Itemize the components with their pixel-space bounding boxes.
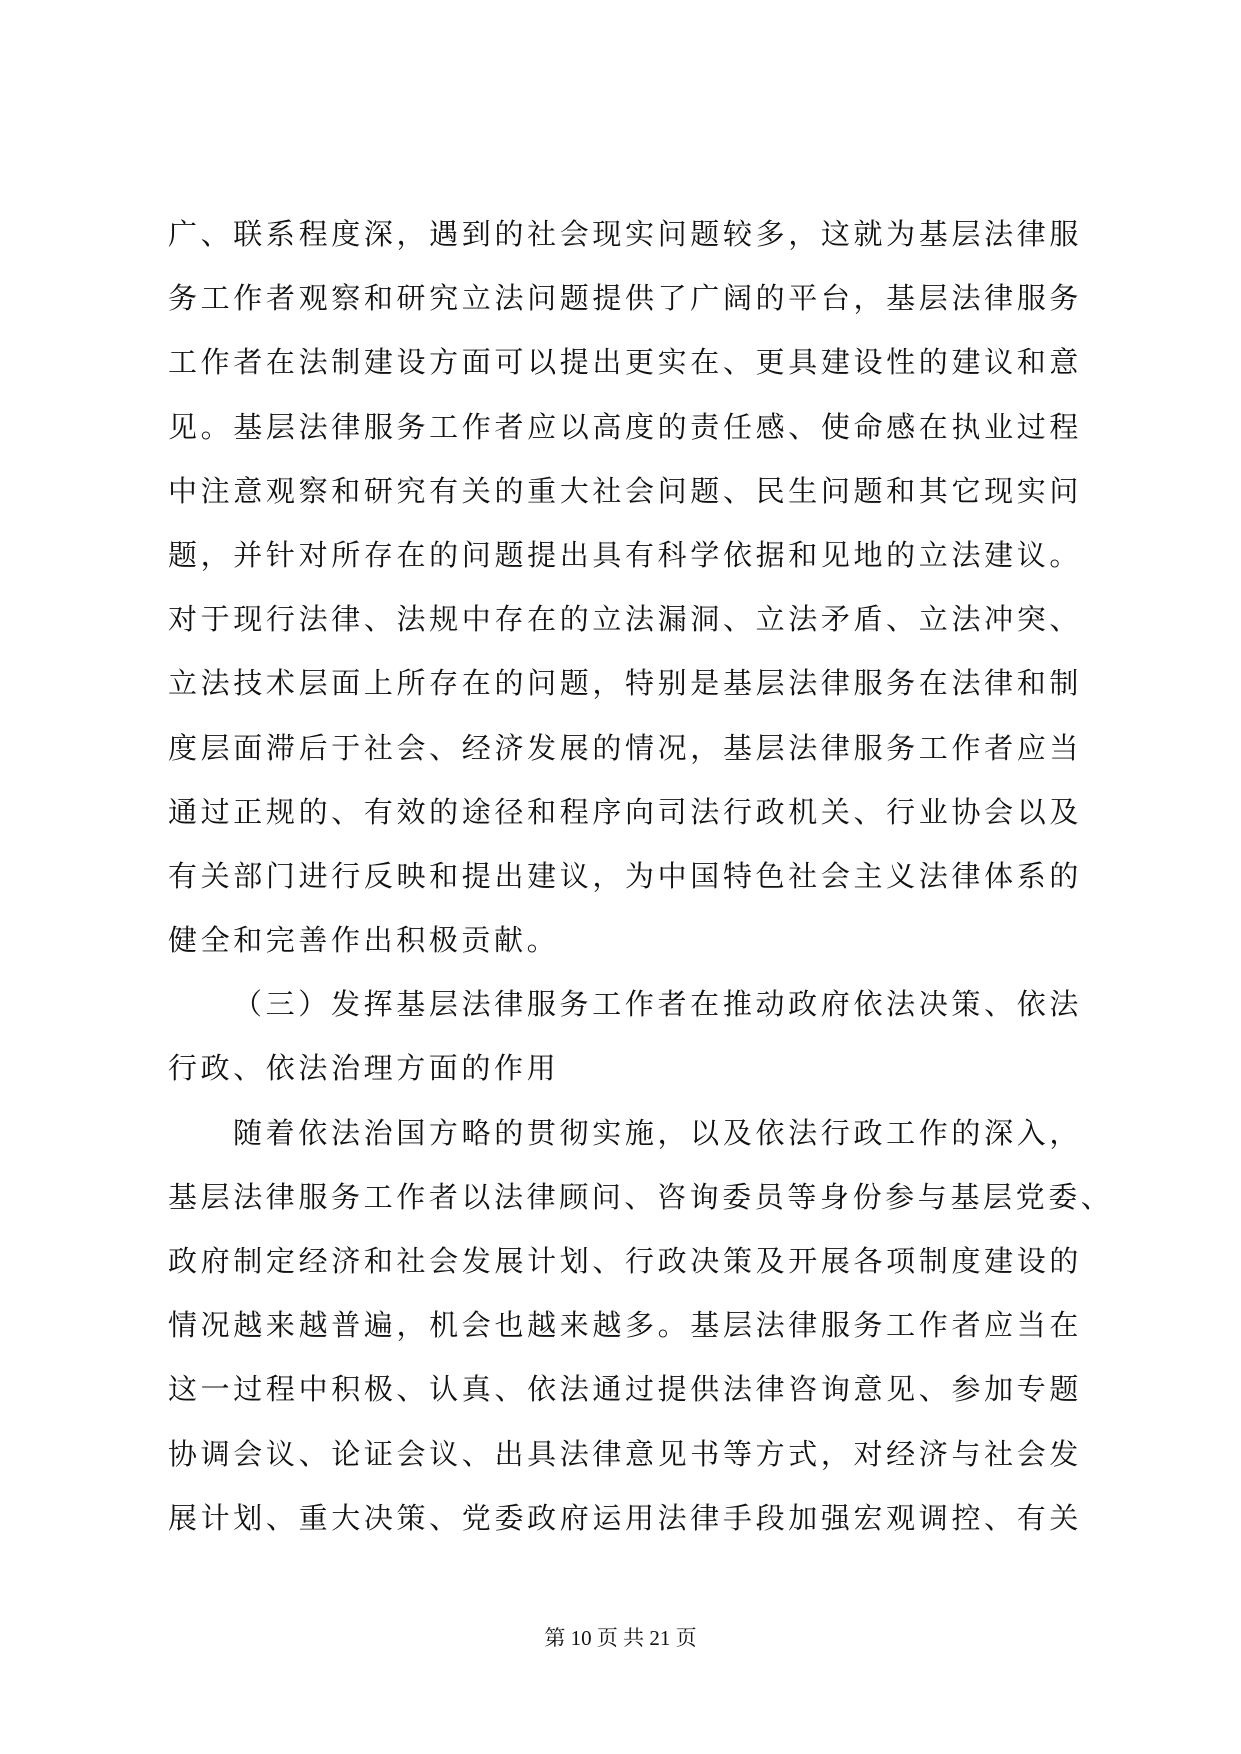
text-line: 题，并针对所存在的问题提出具有科学依据和见地的立法建议。: [168, 523, 1082, 587]
text-line: 随着依法治国方略的贯彻实施，以及依法行政工作的深入，: [168, 1101, 1082, 1165]
section-heading-line: 行政、依法治理方面的作用: [168, 1036, 1082, 1100]
text-line: 通过正规的、有效的途径和程序向司法行政机关、行业协会以及: [168, 780, 1082, 844]
text-line: 这一过程中积极、认真、依法通过提供法律咨询意见、参加专题: [168, 1357, 1082, 1421]
text-line: 展计划、重大决策、党委政府运用法律手段加强宏观调控、有关: [168, 1486, 1082, 1550]
page-number-footer: 第 10 页 共 21 页: [0, 1622, 1241, 1652]
text-line: 健全和完善作出积极贡献。: [168, 908, 1082, 972]
text-line: 对于现行法律、法规中存在的立法漏洞、立法矛盾、立法冲突、: [168, 587, 1082, 651]
text-line: 见。基层法律服务工作者应以高度的责任感、使命感在执业过程: [168, 395, 1082, 459]
text-line: 情况越来越普遍，机会也越来越多。基层法律服务工作者应当在: [168, 1293, 1082, 1357]
text-line: 协调会议、论证会议、出具法律意见书等方式，对经济与社会发: [168, 1422, 1082, 1486]
text-line: 中注意观察和研究有关的重大社会问题、民生问题和其它现实问: [168, 459, 1082, 523]
document-page: 广、联系程度深，遇到的社会现实问题较多，这就为基层法律服 务工作者观察和研究立法…: [0, 0, 1241, 1754]
text-line: 基层法律服务工作者以法律顾问、咨询委员等身份参与基层党委、: [168, 1165, 1082, 1229]
text-line: 工作者在法制建设方面可以提出更实在、更具建设性的建议和意: [168, 330, 1082, 394]
text-line: 有关部门进行反映和提出建议，为中国特色社会主义法律体系的: [168, 844, 1082, 908]
text-line: 政府制定经济和社会发展计划、行政决策及开展各项制度建设的: [168, 1229, 1082, 1293]
text-line: 务工作者观察和研究立法问题提供了广阔的平台，基层法律服务: [168, 266, 1082, 330]
text-line: 度层面滞后于社会、经济发展的情况，基层法律服务工作者应当: [168, 716, 1082, 780]
text-line: 广、联系程度深，遇到的社会现实问题较多，这就为基层法律服: [168, 202, 1082, 266]
section-heading-line: （三）发挥基层法律服务工作者在推动政府依法决策、依法: [168, 972, 1082, 1036]
text-line: 立法技术层面上所存在的问题，特别是基层法律服务在法律和制: [168, 651, 1082, 715]
body-text: 广、联系程度深，遇到的社会现实问题较多，这就为基层法律服 务工作者观察和研究立法…: [168, 202, 1082, 1550]
